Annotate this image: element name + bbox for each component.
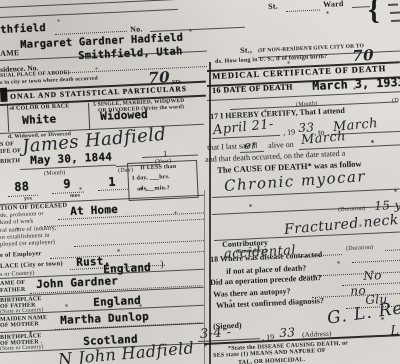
printed-19-a: , 19 xyxy=(283,128,295,137)
marital-value: Widowed xyxy=(100,109,148,123)
her-handwritten: er xyxy=(244,139,257,151)
age-days: 1 xyxy=(108,176,116,189)
last-saw-date: March xyxy=(300,130,346,148)
autopsy-answer: no xyxy=(350,284,366,297)
ds-tick: ds. xyxy=(140,186,148,193)
father-label-2: FATHER xyxy=(0,287,26,294)
age-months: 9 xyxy=(63,178,71,191)
age-years: 88 xyxy=(14,180,29,193)
father-birthplace: England xyxy=(93,295,141,309)
industry-line-3: ployed (or employer) xyxy=(0,240,55,249)
residence-city: Smithfield, Utah xyxy=(78,46,183,62)
rule xyxy=(352,260,400,263)
street-label: St. xyxy=(268,3,278,12)
race-label: 4 COLOR OR RACE xyxy=(11,103,70,112)
husband-stub-2: IFE OF xyxy=(0,148,21,155)
rule xyxy=(52,66,207,74)
cut-off-text-marks xyxy=(390,12,400,14)
employer-label: e of Employer xyxy=(0,251,42,260)
cut-off-text-marks xyxy=(388,4,398,6)
duration-label: (Duration) xyxy=(338,206,366,214)
mos-tick: mos xyxy=(70,194,80,200)
occupation-line-2: kind of work xyxy=(0,218,34,226)
cut-off-text-marks xyxy=(391,20,400,22)
howlong-question: ds. How long in U. S., if of foreign bir… xyxy=(215,54,328,65)
ward-label: Ward xyxy=(323,0,344,9)
birth-date: May 30, 1844 xyxy=(30,151,112,166)
mother-label-2: OF MOTHER xyxy=(0,321,39,329)
birthplace-label: LACE (City or town) xyxy=(0,261,63,271)
rule xyxy=(0,9,178,18)
rule xyxy=(150,27,245,32)
brace-glyph: { xyxy=(368,0,380,26)
duration-value: 15 y xyxy=(374,199,400,213)
column-divider xyxy=(209,62,211,364)
city-stub: thfield xyxy=(0,23,46,36)
year-mark: 1 xyxy=(163,150,167,159)
rule xyxy=(385,249,400,251)
rule xyxy=(50,251,204,259)
test-question: What test confirmed diagnosis? xyxy=(216,297,324,310)
occupation-value: At Home xyxy=(70,204,118,218)
rule xyxy=(286,9,320,12)
bracket-mark: ) xyxy=(160,260,164,271)
date-of-death-label: 16 DATE OF DEATH xyxy=(212,83,293,95)
rule xyxy=(44,219,204,227)
street-label-2: St., xyxy=(240,46,252,55)
birth-stub: BIRTH xyxy=(0,158,20,165)
date-of-death-value: March 3, 1933 xyxy=(312,76,400,92)
duration-label-2: (Duration) xyxy=(346,245,374,253)
operation-answer: No xyxy=(363,269,382,282)
if-less-line-1: If LESS than xyxy=(140,164,176,172)
husband-stub-1: S OF xyxy=(0,141,14,148)
rule xyxy=(74,240,204,247)
rule xyxy=(98,189,128,191)
box-border xyxy=(88,103,90,130)
address-start: L xyxy=(390,325,400,339)
race-value: White xyxy=(22,113,57,126)
sign-year: 33 xyxy=(279,326,296,339)
father-name: John Gardner xyxy=(36,275,118,290)
name-label-stub: AME xyxy=(0,49,20,58)
death-certificate-scan: { "top": { "st1": "St.", "ward": "Ward",… xyxy=(0,0,400,364)
footnote-3: TAL, OR HOMICIDAL. xyxy=(238,357,305,364)
box-border xyxy=(7,105,9,132)
physician-signature: G. L. Rees xyxy=(326,297,400,328)
informant-signature: N John Hadfield xyxy=(58,340,195,364)
if-less-line-2: 1 day, ___hrs. xyxy=(132,174,170,182)
paper-speckles xyxy=(0,0,1,1)
rule xyxy=(0,0,255,8)
alive-on-label: alive on xyxy=(268,141,294,151)
mother-name: Martha Dunlop xyxy=(60,311,149,327)
